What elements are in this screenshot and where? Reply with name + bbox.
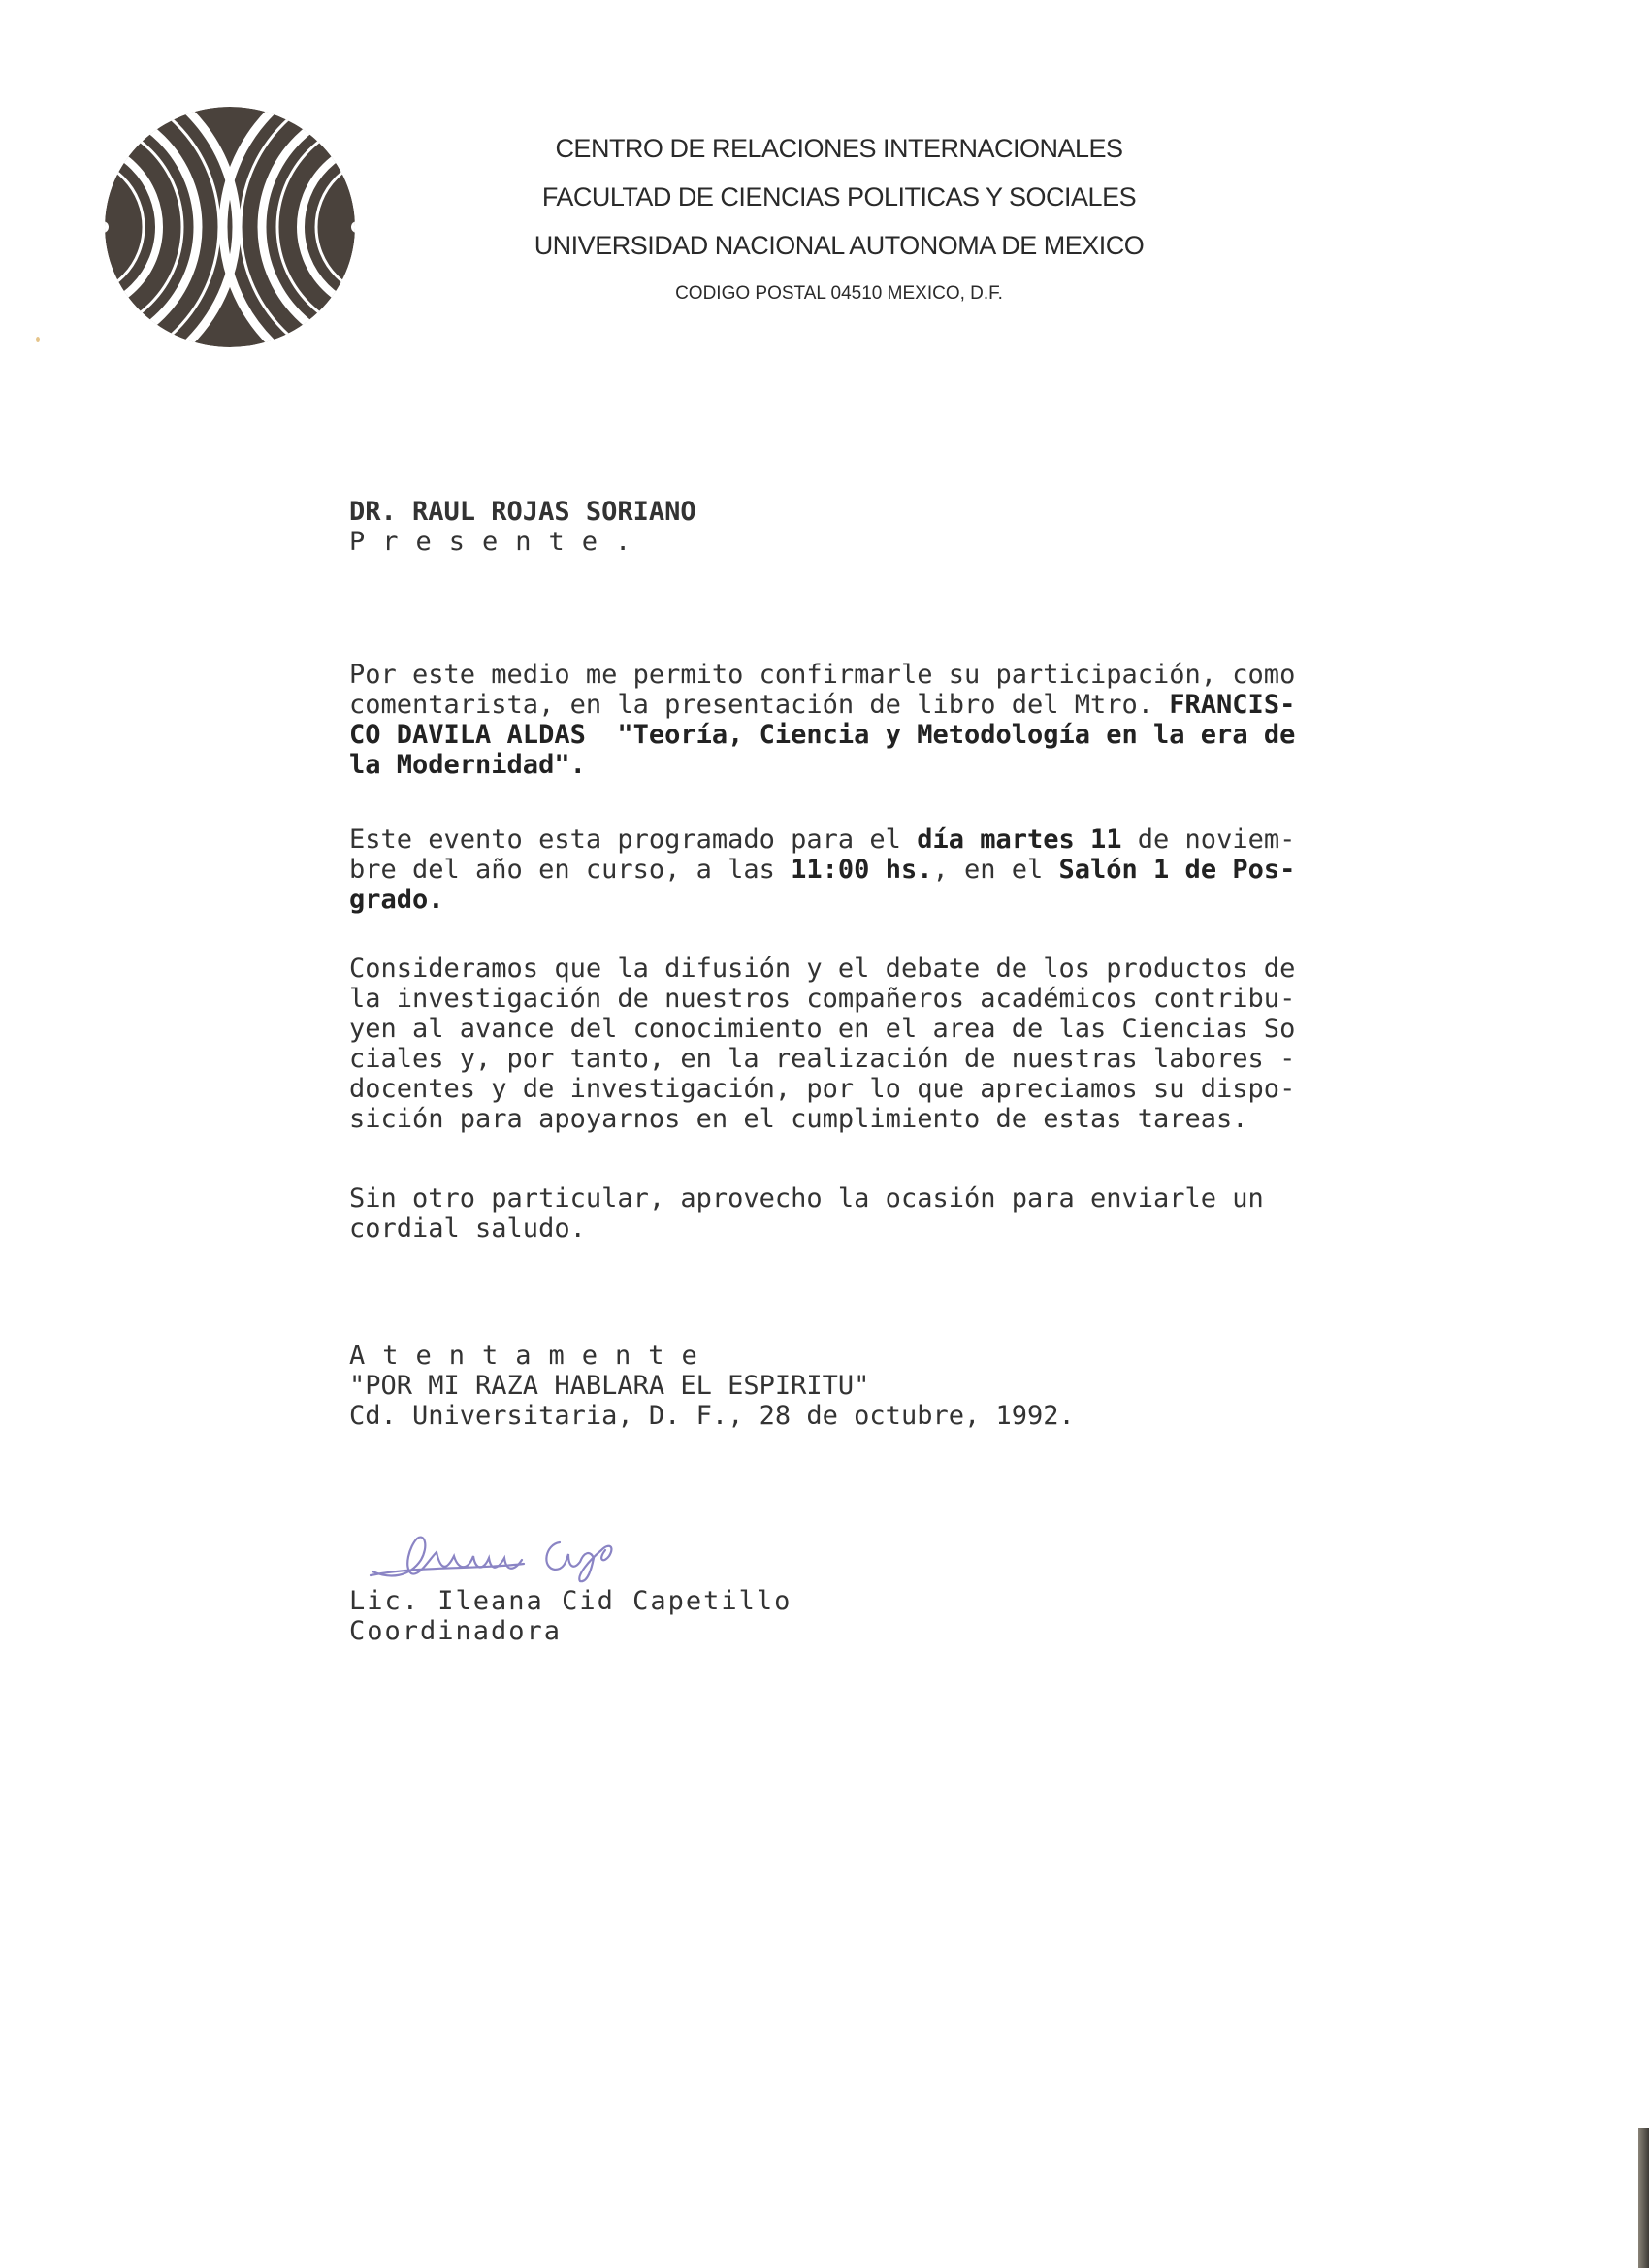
event-date: día martes 11 [917,825,1121,855]
signatory-block: Lic. Ileana Cid Capetillo Coordinadora [349,1586,1542,1646]
signatory-title: Coordinadora [349,1616,1542,1646]
letterhead-postal-address: CODIGO POSTAL 04510 MEXICO, D.F. [427,283,1251,305]
letterhead-line-center: CENTRO DE RELACIONES INTERNACIONALES [427,124,1251,173]
text-span: bre del año en curso, a las [349,855,791,885]
event-location: grado. [349,885,444,915]
place-date: Cd. Universitaria, D. F., 28 de octubre,… [349,1401,1542,1431]
event-time: 11:00 hs. [791,855,932,885]
paragraph-rationale: Consideramos que la difusión y el debate… [349,954,1542,1134]
text-line: la investigación de nuestros compañeros … [349,984,1542,1014]
paragraph-confirmation: Por este medio me permito confirmarle su… [349,660,1542,780]
recipient-salutation: Presente. [349,527,1542,557]
letterhead-line-faculty: FACULTAD DE CIENCIAS POLITICAS Y SOCIALE… [427,173,1251,221]
text-line: bre del año en curso, a las 11:00 hs., e… [349,855,1542,885]
text-line: grado. [349,885,1542,915]
text-line: yen al avance del conocimiento en el are… [349,1014,1542,1044]
text-line: Consideramos que la difusión y el debate… [349,954,1542,984]
text-line: Sin otro particular, aprovecho la ocasió… [349,1183,1542,1214]
text-span: comentarista, en la presentación de libr… [349,690,1169,720]
text-line: docentes y de investigación, por lo que … [349,1074,1542,1104]
text-span: , en el [932,855,1058,885]
scan-speck [36,337,40,342]
letterhead-line-university: UNIVERSIDAD NACIONAL AUTONOMA DE MEXICO [427,221,1251,270]
text-line: la Modernidad". [349,750,1542,780]
paragraph-event-details: Este evento esta programado para el día … [349,825,1542,915]
text-line: comentarista, en la presentación de libr… [349,690,1542,720]
recipient-block: DR. RAUL ROJAS SORIANO Presente. [349,497,1542,557]
text-line: CO DAVILA ALDAS "Teoría, Ciencia y Metod… [349,720,1542,750]
author-name-part: CO DAVILA ALDAS [349,720,586,750]
text-line: sición para apoyarnos en el cumplimiento… [349,1104,1542,1134]
book-title-part: "Teoría, Ciencia y Metodología en la era… [586,720,1296,750]
unam-logo-icon [103,105,357,349]
text-span: Este evento esta programado para el [349,825,917,855]
book-title-part: la Modernidad". [349,750,586,780]
scan-edge-artifact [1638,2128,1649,2268]
closing-block: Atentamente "POR MI RAZA HABLARA EL ESPI… [349,1341,1542,1431]
handwritten-signature [361,1521,671,1589]
paragraph-closing-greeting: Sin otro particular, aprovecho la ocasió… [349,1183,1542,1244]
valediction: Atentamente [349,1341,1542,1371]
text-span: de noviem- [1122,825,1296,855]
text-line: Este evento esta programado para el día … [349,825,1542,855]
recipient-name: DR. RAUL ROJAS SORIANO [349,497,1542,527]
author-name-part: FRANCIS- [1169,690,1295,720]
event-location: Salón 1 de Pos- [1059,855,1296,885]
text-line: ciales y, por tanto, en la realización d… [349,1044,1542,1074]
letterhead: CENTRO DE RELACIONES INTERNACIONALES FAC… [427,124,1251,305]
motto: "POR MI RAZA HABLARA EL ESPIRITU" [349,1371,1542,1401]
signatory-name: Lic. Ileana Cid Capetillo [349,1586,1542,1616]
text-line: cordial saludo. [349,1214,1542,1244]
text-line: Por este medio me permito confirmarle su… [349,660,1542,690]
